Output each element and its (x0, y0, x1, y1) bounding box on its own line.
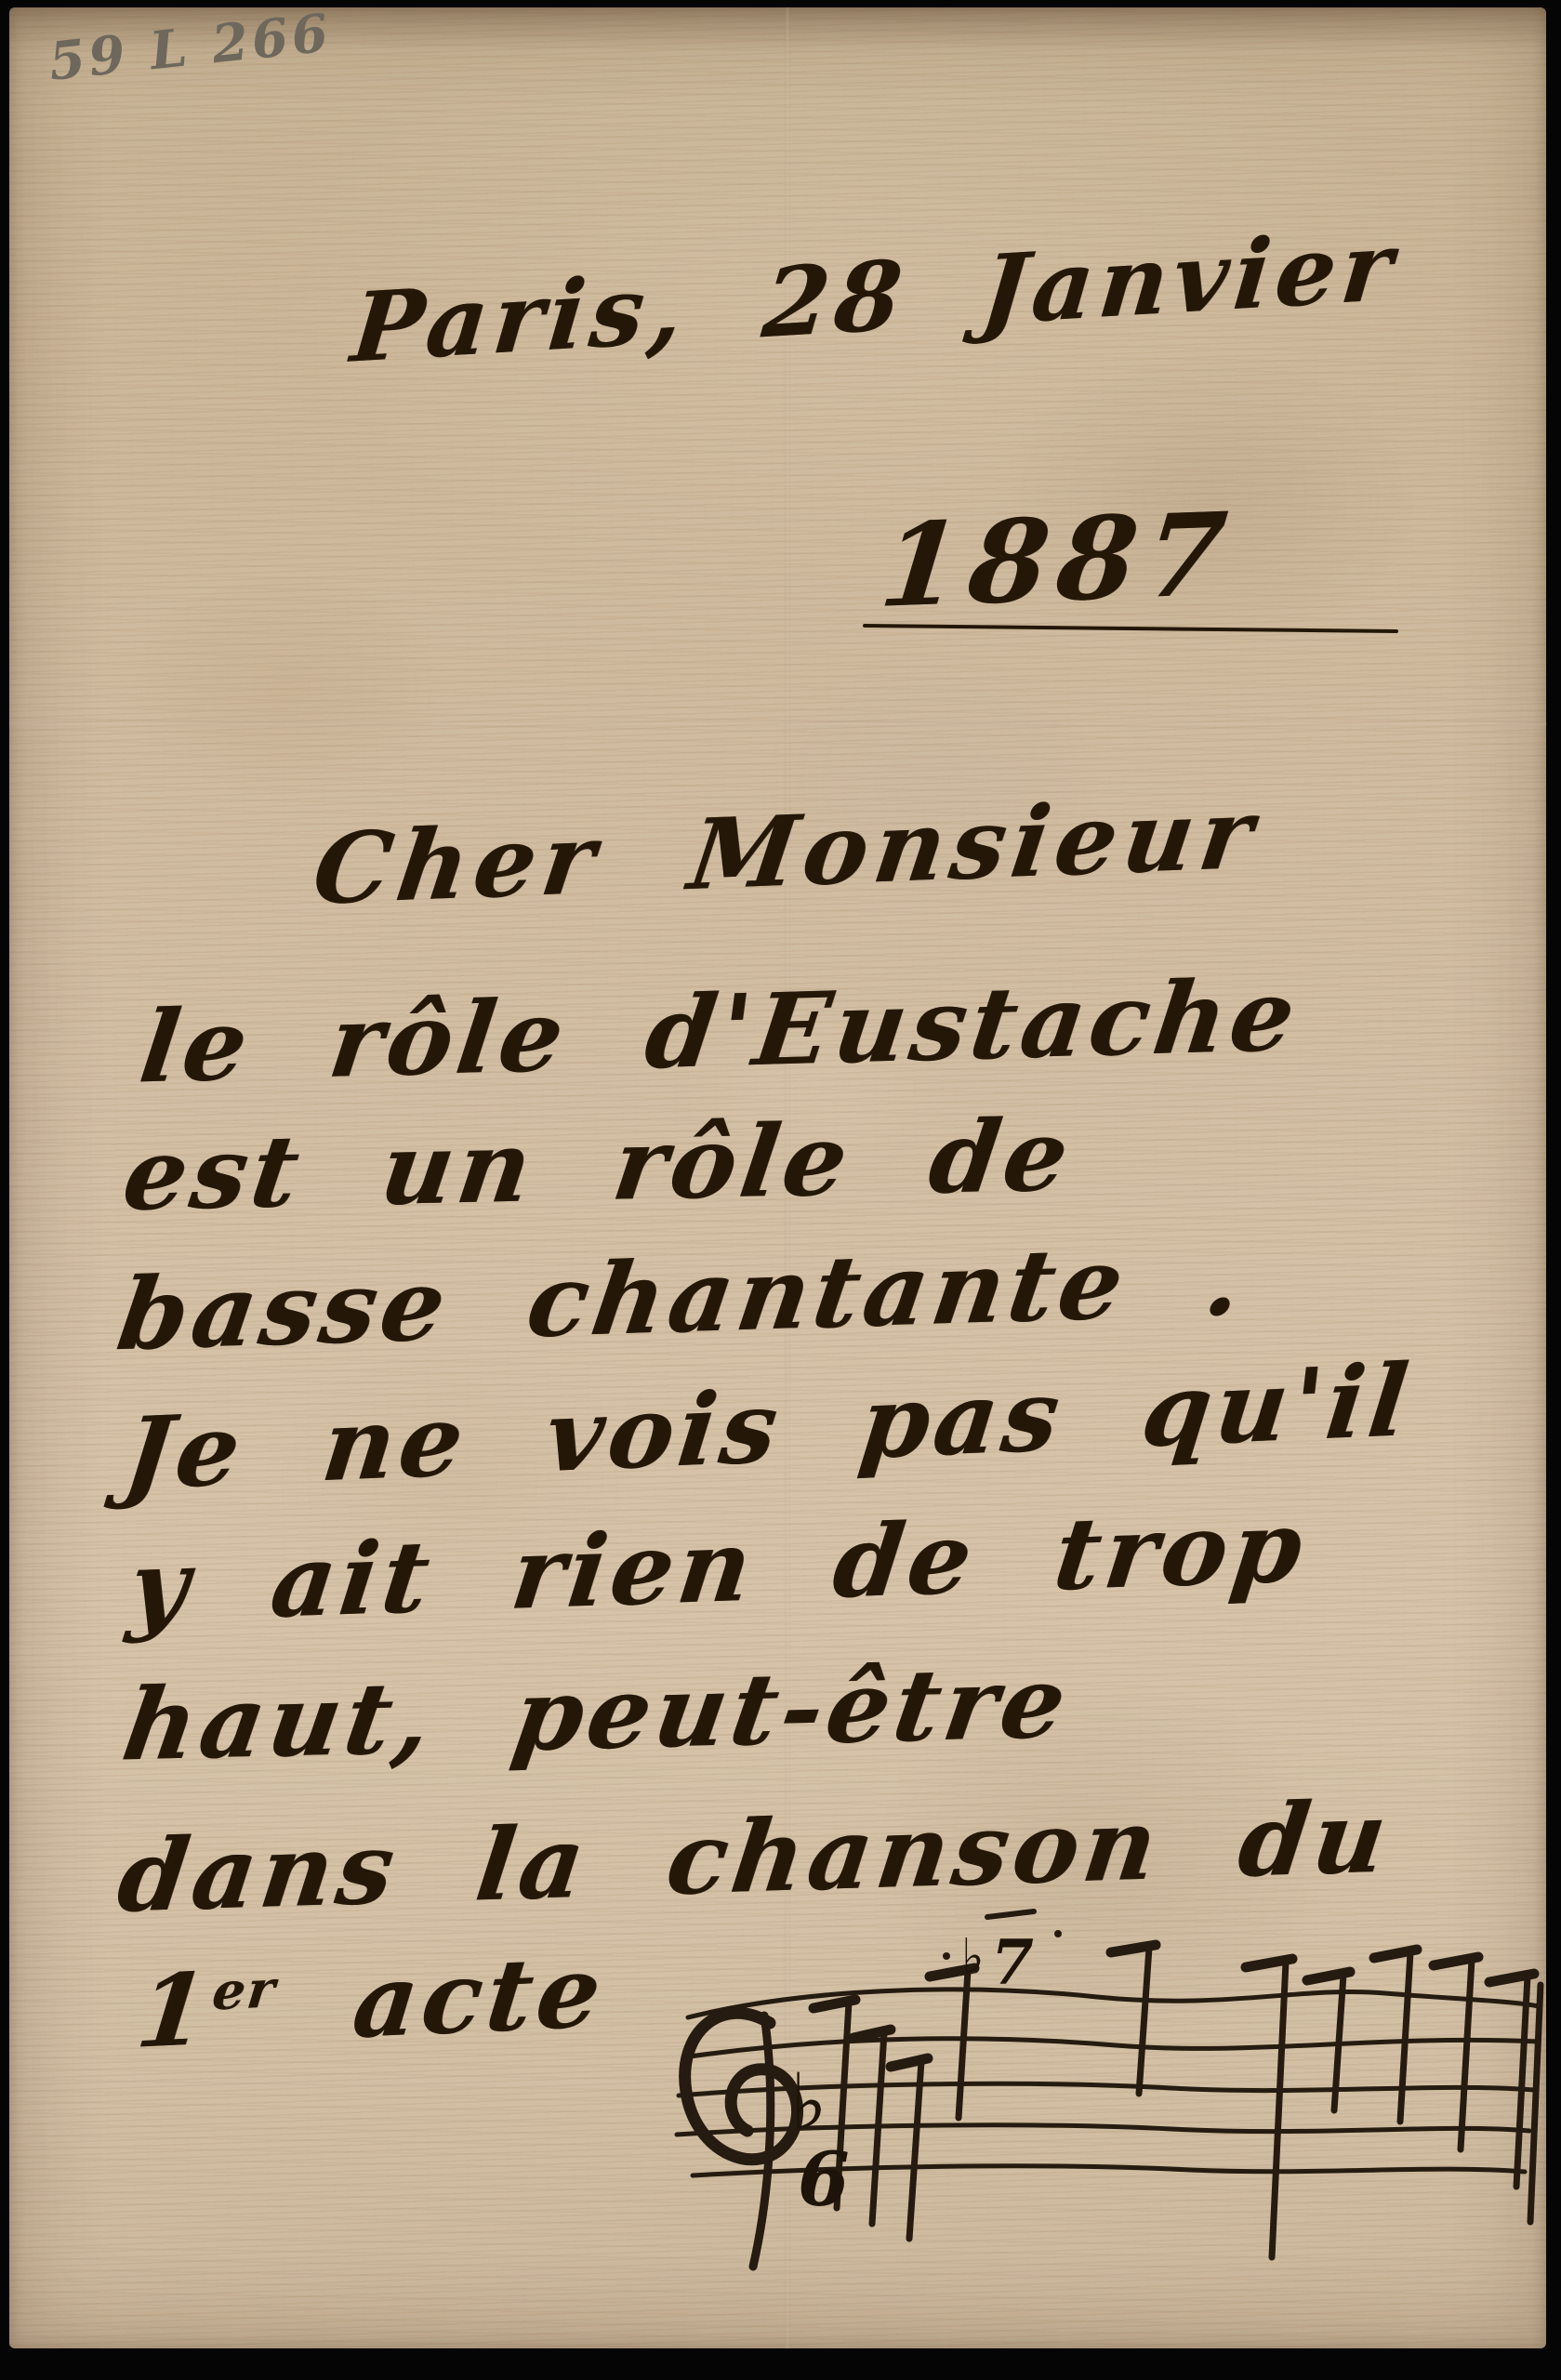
horizontal-fold-crease (9, 721, 1546, 726)
figure-overline (987, 1911, 1034, 1917)
body-line: haut, peut-être (116, 1643, 1078, 1782)
note-stem (1272, 1962, 1286, 2257)
note-stem (1461, 1960, 1472, 2149)
body-line-final: 1er acte (131, 1932, 611, 2070)
note-stem (959, 1971, 968, 2118)
clef-flourish (753, 2016, 771, 2267)
ink-dot (1054, 1930, 1062, 1937)
body-line: y ait rien de trop (124, 1487, 1314, 1646)
figure-number-upper: 7 (991, 1926, 1034, 1999)
body-line: est un rôle de (117, 1096, 1080, 1233)
final-line-word: acte (268, 1932, 611, 2064)
body-line: le rôle d'Eustache (134, 956, 1305, 1104)
note-stem (1530, 1985, 1541, 2222)
music-sketch: ♭ 6 ♭ 7 (651, 1897, 1557, 2296)
final-line-numeral: 1 (131, 1950, 218, 2069)
salutation: Cher Monsieur (307, 775, 1265, 927)
figure-flat-low: ♭ (790, 2056, 827, 2148)
dateline-place-date: Paris, 28 Janvier (347, 210, 1402, 385)
final-line-ordinal: er (209, 1958, 279, 2021)
note-stem (1139, 1948, 1149, 2094)
staff-line (690, 2039, 1539, 2056)
figure-number-low: 6 (798, 2135, 850, 2223)
clef-flourish (685, 2013, 798, 2159)
letter-scan: 59 L 266 Paris, 28 Janvier 1887 Cher Mon… (0, 0, 1561, 2380)
figure-flat-upper: ♭ (961, 1928, 985, 1985)
ink-dot (943, 1952, 950, 1960)
archive-number: 59 L 266 (46, 2, 334, 93)
dateline-year: 1887 (875, 486, 1242, 633)
note-stem (1400, 1952, 1410, 2122)
note-stem (1516, 1977, 1528, 2187)
body-line: Je ne vois pas qu'il (118, 1342, 1418, 1513)
letter-paper: 59 L 266 Paris, 28 Janvier 1887 Cher Mon… (9, 7, 1546, 2348)
body-line: basse chantante . (111, 1221, 1253, 1373)
note-stem (909, 2061, 921, 2239)
